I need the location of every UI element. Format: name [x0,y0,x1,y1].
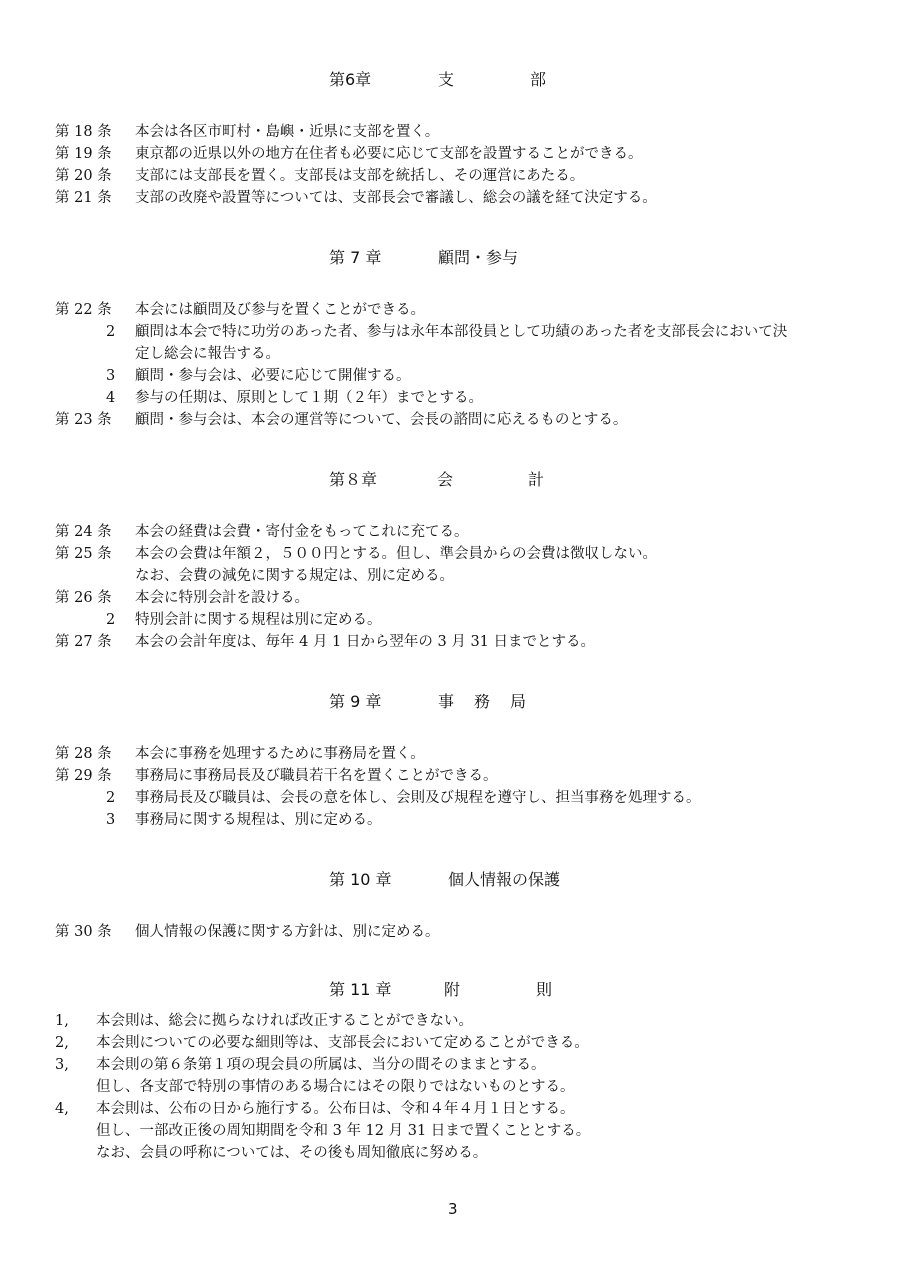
document-page: 第6章 支 部 第 18 条本会は各区市町村・島嶼・近県に支部を置く。 第 19… [0,0,905,1280]
chapter-label: 第 11 章 [329,977,392,1000]
chapter-heading-11: 第 11 章 附 則 [0,977,905,1001]
chapter-label: 第6章 [329,67,371,90]
chapter-label: 第８章 [329,467,377,490]
chapter-title-part: 会 [437,467,453,490]
chapter-title-part: 顧問・参与 [438,245,518,268]
chapter-label: 第 10 章 [329,867,392,890]
chapter-heading-7: 第 7 章 顧問・参与 [0,245,905,269]
chapter-title-part: 事 [438,689,454,712]
chapter-heading-6: 第6章 支 部 [0,67,905,91]
chapter-heading-8: 第８章 会 計 [0,467,905,491]
chapter-title-part: 個人情報の保護 [448,867,560,890]
chapter-label: 第 7 章 [329,245,381,268]
chapter-title-part: 支 [438,67,454,90]
page-number: 3 [448,1200,458,1218]
chapter-title-part: 附 [444,977,460,1000]
chapter-title-part: 則 [536,977,552,1000]
chapter-title-part: 部 [530,67,546,90]
chapter-label: 第 9 章 [329,689,381,712]
chapter-title-part: 局 [510,689,526,712]
chapter-title-part: 務 [474,689,490,712]
chapter-title-part: 計 [528,467,544,490]
chapter-heading-10: 第 10 章 個人情報の保護 [0,867,905,891]
chapter-heading-9: 第 9 章 事 務 局 [0,689,905,713]
